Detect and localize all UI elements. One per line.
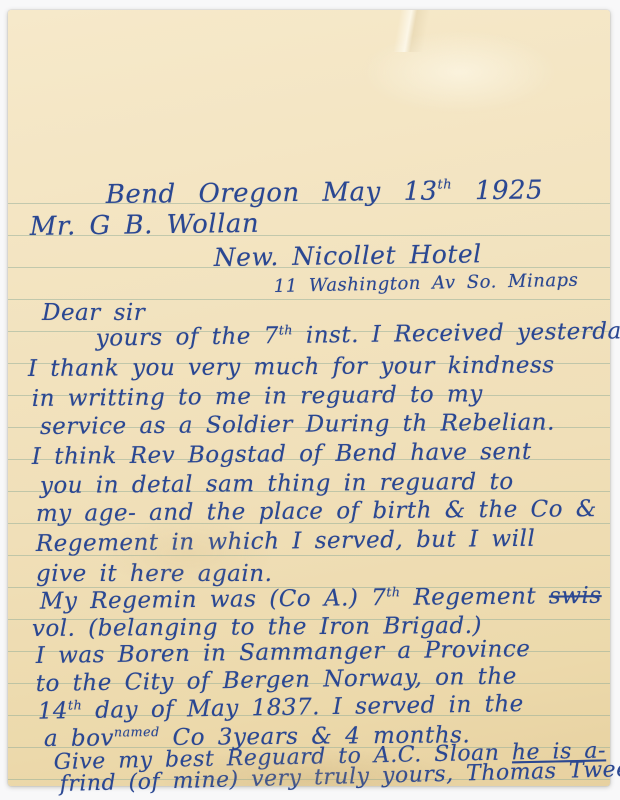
- body-line-2: I thank you very much for your kindness: [28, 352, 555, 382]
- recipient-line: Mr. G B. Wollan: [30, 209, 260, 242]
- dateline-superscript: th: [437, 177, 452, 192]
- body-line-5: I think Rev Bogstad of Bend have sent: [32, 439, 532, 470]
- dateline: Bend Oregon May 13th 1925: [106, 175, 544, 210]
- body-line-14-rest: day of May 1837. I served in the: [82, 691, 524, 724]
- body-line-10: My Regemin was (Co A.) 7th Regement swis: [40, 582, 602, 615]
- body-line-10-superscript: th: [386, 584, 400, 599]
- body-line-14-superscript: th: [68, 697, 82, 712]
- body-line-10-text: My Regemin was (Co A.) 7: [40, 585, 387, 615]
- body-line-1-text: yours of the 7: [96, 323, 279, 352]
- body-line-1-rest: inst. I Received yesterday.: [293, 318, 620, 349]
- body-line-1-superscript: th: [279, 322, 293, 337]
- body-line-3: in writting to me in reguard to my: [32, 381, 483, 412]
- paper-crease: [318, 10, 498, 52]
- salutation-line: Dear sir: [42, 300, 145, 326]
- body-line-7: my age- and the place of birth & the Co …: [36, 496, 597, 527]
- dateline-text: Bend Oregon May 13: [106, 177, 438, 210]
- body-line-6: you in detal sam thing in reguard to: [40, 469, 514, 499]
- body-line-1: yours of the 7th inst. I Received yester…: [96, 317, 620, 351]
- body-line-9: give it here again.: [36, 561, 272, 587]
- address-line: 11 Washington Av So. Minaps: [274, 270, 579, 297]
- body-line-15-inserted-word: named: [114, 724, 160, 739]
- letter-scan: Bend Oregon May 13th 1925 Mr. G B. Wolla…: [0, 0, 620, 800]
- body-line-10-struck-word: swis: [549, 583, 602, 610]
- hotel-line: New. Nicollet Hotel: [214, 239, 482, 272]
- dateline-year: 1925: [452, 175, 543, 206]
- letter-paper: Bend Oregon May 13th 1925 Mr. G B. Wolla…: [8, 10, 610, 786]
- body-line-14-day: 14: [38, 698, 69, 724]
- body-line-8: Regement in which I served, but I will: [36, 526, 536, 557]
- body-line-4: service as a Soldier During th Rebelian.: [40, 410, 555, 440]
- body-line-10-mid: Regement: [400, 583, 549, 611]
